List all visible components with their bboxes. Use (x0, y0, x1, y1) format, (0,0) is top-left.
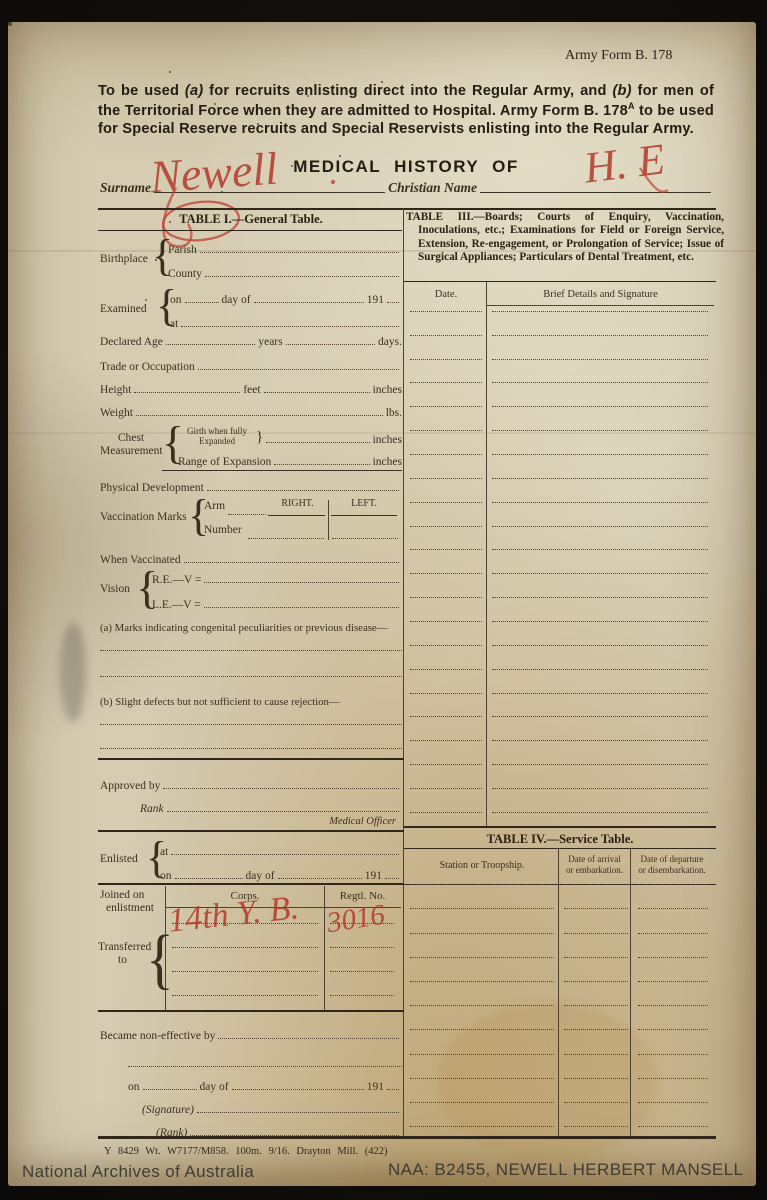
table3-date-cell (410, 573, 482, 574)
table4-row (406, 961, 714, 985)
table3-row (406, 744, 714, 768)
table3-details-cell (492, 526, 708, 527)
table3-header-rule (404, 281, 716, 282)
table3-date-cell (410, 454, 482, 455)
weight-row: Weight lbs. (100, 403, 402, 419)
christian-name-label: Christian Name (388, 180, 477, 196)
table4-station-cell (410, 884, 554, 885)
enlisted-place-field (171, 854, 399, 855)
table3-row (406, 673, 714, 697)
table3-row (406, 768, 714, 792)
range-label: Range of Expansion (178, 456, 271, 468)
regtl-column-header: Regtl. No. (324, 890, 401, 902)
marks-a-line1 (100, 650, 402, 651)
archive-watermark-left: National Archives of Australia (22, 1162, 254, 1182)
table3-details-cell (492, 597, 708, 598)
table4-station-cell (410, 1005, 554, 1006)
joined-on-label-1: Joined on (100, 889, 144, 901)
table4-arrival-cell (564, 1005, 628, 1006)
rank-paren-row: (Rank) (156, 1123, 402, 1139)
non-effective-label: Became non-effective by (100, 1030, 215, 1042)
table3-details-cell (492, 693, 708, 694)
table3-row (406, 577, 714, 601)
table3-date-cell (410, 716, 482, 717)
table4-row (406, 888, 714, 912)
right-underline (268, 515, 325, 516)
vaccination-label: Vaccination Marks (100, 511, 187, 523)
table4-row (406, 1106, 714, 1130)
examined-at-label: at (170, 318, 178, 330)
parish-field (200, 252, 399, 253)
table4-station-cell (410, 1126, 554, 1127)
table3-row (406, 291, 714, 315)
table3-date-cell (410, 669, 482, 670)
table3-row (406, 506, 714, 530)
table4-arrival-cell (564, 957, 628, 958)
table4-row (406, 985, 714, 1009)
table4-departure-cell (638, 1126, 708, 1127)
enlisted-month-field (278, 878, 362, 879)
approved-section-rule (98, 758, 404, 760)
table3-row (406, 553, 714, 577)
transferred-label-1: Transferred (98, 941, 151, 953)
height-row: Height feet inches (100, 380, 402, 396)
table3-row (406, 601, 714, 625)
table3-row (406, 720, 714, 744)
left-eye-label: L.E.—V = (152, 599, 201, 611)
table3-details-cell (492, 645, 708, 646)
approved-by-field (163, 788, 399, 789)
table4-station-cell (410, 1078, 554, 1079)
right-eye-label: R.E.—V = (152, 574, 201, 586)
ne-day-field (143, 1089, 197, 1090)
range-field (274, 464, 369, 465)
table4-departure-cell (638, 957, 708, 958)
table3-date-cell (410, 549, 482, 550)
table4-arrival-cell (564, 1126, 628, 1127)
pinhole-marks (8, 22, 12, 26)
table3-date-cell (410, 406, 482, 407)
table4-row (406, 1082, 714, 1106)
form-number: Army Form B. 178 (565, 48, 672, 64)
table3-row (406, 697, 714, 721)
table3-details-cell (492, 382, 708, 383)
column-divider (403, 208, 404, 1138)
rank-field (167, 811, 399, 812)
table4-station-cell (410, 981, 554, 982)
declared-age-row: Declared Age years days. (100, 332, 402, 348)
print-imprint: Y 8429 Wt. W7177/M858. 100m. 9/16. Drayt… (104, 1146, 388, 1157)
table4-arrival-cell (564, 1078, 628, 1079)
table4-departure-cell (638, 1054, 708, 1055)
table4-row (406, 1033, 714, 1057)
table3-details-cell (492, 621, 708, 622)
girth-inches-label: inches (373, 434, 402, 446)
table4-departure-cell (638, 884, 708, 885)
table3-details-cell (492, 549, 708, 550)
table4-station-cell (410, 1102, 554, 1103)
ne-year-label: 191 (367, 1081, 384, 1093)
table4-arrival-cell (564, 884, 628, 885)
table3-row (406, 410, 714, 434)
table4-station-cell (410, 1054, 554, 1055)
table3-details-cell (492, 502, 708, 503)
table3-details-cell (492, 430, 708, 431)
height-inches-label: inches (373, 384, 402, 396)
handwritten-surname: Newell (148, 142, 279, 204)
trade-row: Trade or Occupation (100, 357, 402, 373)
archive-watermark-right: NAA: B2455, NEWELL HERBERT MANSELL (388, 1160, 743, 1180)
examined-label: Examined (100, 303, 147, 315)
table3-details-cell (492, 311, 708, 312)
joined-on-label-2: enlistment (106, 902, 154, 914)
examined-month-field (254, 302, 364, 303)
enlisted-section-rule (98, 830, 404, 832)
table4-departure-cell (638, 1005, 708, 1006)
table4-departure-cell (638, 908, 708, 909)
table3-date-cell (410, 645, 482, 646)
examined-dayof-label: day of (222, 294, 251, 306)
years-label: years (258, 336, 282, 348)
examined-on-label: on (170, 294, 182, 306)
medical-officer-label: Medical Officer (100, 816, 396, 827)
defects-b-label: (b) Slight defects but not sufficient to… (100, 696, 340, 708)
enlisted-group: Enlisted { at on day of 191 (100, 840, 402, 884)
table4-station-cell (410, 957, 554, 958)
approved-by-label: Approved by (100, 780, 160, 792)
enlisted-year-field (385, 878, 399, 879)
chest-label: ChestMeasurement (100, 432, 162, 458)
table3-details-cell (492, 454, 708, 455)
table1-title-rule (98, 230, 402, 231)
table4-arrival-cell (564, 1054, 628, 1055)
left-column-label: LEFT. (333, 498, 395, 509)
table3-date-cell (410, 693, 482, 694)
table3-details-cell (492, 716, 708, 717)
table3-row (406, 625, 714, 649)
rank-label: Rank (140, 803, 164, 815)
transferred-label-2: to (118, 954, 127, 966)
right-column-label: RIGHT. (270, 498, 325, 509)
table4-arrival-cell (564, 933, 628, 934)
table3-date-cell (410, 788, 482, 789)
birthplace-label: Birthplace (100, 253, 148, 265)
table3-details-cell (492, 406, 708, 407)
corps-row-field (172, 971, 318, 972)
arm-field (228, 514, 266, 515)
table3-details-cell (492, 764, 708, 765)
table3-details-cell (492, 740, 708, 741)
rank-row: Rank (140, 799, 402, 815)
table3-details-cell (492, 812, 708, 813)
table4-departure-cell (638, 981, 708, 982)
rank-paren-field (190, 1135, 399, 1136)
non-effective-field (218, 1038, 399, 1039)
right-left-divider (328, 500, 329, 540)
chest-label-1: Chest (118, 432, 144, 444)
girth-label: Girth when fullyExpanded (178, 427, 256, 446)
usage-instructions: To be used (a) for recruits enlisting di… (98, 82, 714, 138)
table4-departure-cell (638, 1102, 708, 1103)
enlisted-year-label: 191 (365, 870, 382, 882)
weight-field (136, 415, 383, 416)
non-effective-date-row: on day of 191 (128, 1077, 402, 1093)
table3-rows (406, 291, 714, 816)
table3-date-cell (410, 812, 482, 813)
corps-section-rule (98, 883, 404, 885)
ne-month-field (232, 1089, 364, 1090)
when-vaccinated-field (184, 562, 399, 563)
signature-row: (Signature) (142, 1100, 402, 1116)
table3-date-cell (410, 382, 482, 383)
table3-date-cell (410, 621, 482, 622)
table4-departure-cell (638, 1078, 708, 1079)
vision-label: Vision (100, 583, 130, 595)
weight-label: Weight (100, 407, 133, 419)
number-label: Number (204, 524, 242, 536)
defects-b-line1 (100, 724, 402, 725)
intro-text: for recruits enlisting direct into the R… (203, 83, 612, 99)
corps-regtl-divider (324, 886, 325, 1010)
handwritten-initials: H. E (581, 133, 667, 193)
table4-row (406, 1009, 714, 1033)
table3-details-cell (492, 788, 708, 789)
examined-day-field (185, 302, 219, 303)
table4-arrival-cell (564, 1102, 628, 1103)
defects-b-line2 (100, 748, 402, 749)
table4-row (406, 864, 714, 888)
physical-row: Physical Development (100, 478, 402, 494)
table3-details-cell (492, 669, 708, 670)
table4-station-cell (410, 1029, 554, 1030)
table3-row (406, 339, 714, 363)
vaccination-group: Vaccination Marks { Arm RIGHT. LEFT. Num… (100, 496, 402, 544)
age-days-field (286, 344, 375, 345)
ne-on-label: on (128, 1081, 140, 1093)
table3-details-cell (492, 573, 708, 574)
table4-arrival-cell (564, 908, 628, 909)
trade-label: Trade or Occupation (100, 361, 195, 373)
intro-text: To be used (98, 83, 185, 99)
number-left-field (332, 538, 398, 539)
surname-label: Surname (100, 180, 151, 196)
table3-row (406, 792, 714, 816)
ne-dayof-label: day of (200, 1081, 229, 1093)
table3-date-cell (410, 526, 482, 527)
table3-date-cell (410, 359, 482, 360)
table4-title: TABLE IV.—Service Table. (406, 832, 714, 847)
corps-row-field (172, 947, 318, 948)
table3-details-cell (492, 359, 708, 360)
girth-field (266, 442, 369, 443)
height-feet-field (134, 392, 240, 393)
left-underline (331, 515, 397, 516)
signature-field (197, 1112, 399, 1113)
physical-field (207, 490, 399, 491)
intro-sup-a: A (628, 101, 635, 111)
vision-group: Vision { R.E.—V = L.E.—V = (100, 568, 402, 616)
table4-station-cell (410, 908, 554, 909)
table3-date-cell (410, 430, 482, 431)
table4-departure-cell (638, 933, 708, 934)
table4-title-rule (404, 848, 716, 849)
table3-row (406, 434, 714, 458)
table3-row (406, 482, 714, 506)
girth-label-2: Expanded (199, 436, 235, 446)
rank-paren-label: (Rank) (156, 1127, 187, 1139)
intro-a: (a) (185, 83, 203, 99)
trade-field (198, 369, 399, 370)
table3-date-cell (410, 740, 482, 741)
regtl-row-field (330, 947, 394, 948)
table3-row (406, 386, 714, 410)
table3-title: TABLE III.—Boards; Courts of Enquiry, Va… (406, 211, 724, 265)
table3-date-cell (410, 764, 482, 765)
height-inches-field (264, 392, 370, 393)
intro-b: (b) (612, 83, 631, 99)
chest-label-2: Measurement (100, 445, 163, 457)
non-effective-line2 (128, 1066, 402, 1067)
table3-date-cell (410, 597, 482, 598)
examined-year-label: 191 (367, 294, 384, 306)
county-field (205, 276, 399, 277)
table4-arrival-cell (564, 1029, 628, 1030)
lbs-label: lbs. (386, 407, 402, 419)
table4-departure-cell (638, 1029, 708, 1030)
table3-details-cell (492, 478, 708, 479)
county-label: County (168, 268, 202, 280)
depart-line1: Date of departure (641, 854, 704, 864)
parish-label: Parish (168, 244, 197, 256)
table3-row (406, 530, 714, 554)
feet-label: feet (243, 384, 260, 396)
ne-year-field (387, 1089, 399, 1090)
table4-arrival-cell (564, 981, 628, 982)
table3-date-cell (410, 478, 482, 479)
table4-station-cell (410, 933, 554, 934)
non-effective-row: Became non-effective by (100, 1026, 402, 1042)
table3-row (406, 649, 714, 673)
table3-date-cell (410, 311, 482, 312)
examined-group: Examined { on day of 191 at (100, 288, 402, 334)
enlisted-label: Enlisted (100, 853, 138, 865)
table4-top-rule (404, 826, 716, 828)
approved-row: Approved by (100, 776, 402, 792)
enlisted-dayof-label: day of (246, 870, 275, 882)
table1-title: TABLE I.—General Table. (100, 212, 402, 227)
age-years-field (166, 344, 255, 345)
archive-photo-background: Army Form B. 178 To be used (a) for recr… (0, 0, 767, 1200)
girth-close-brace: } (256, 429, 263, 446)
table4-row (406, 912, 714, 936)
table3-row (406, 315, 714, 339)
enlisted-day-field (175, 878, 243, 879)
chest-underline (162, 470, 402, 471)
enlisted-on-label: on (160, 870, 172, 882)
table4-rows (406, 864, 714, 1130)
examined-year-field (387, 302, 399, 303)
table3-row (406, 363, 714, 387)
girth-label-1: Girth when fully (187, 426, 247, 436)
number-right-field (248, 538, 324, 539)
declared-age-label: Declared Age (100, 336, 163, 348)
chest-group: ChestMeasurement { Girth when fullyExpan… (100, 424, 402, 474)
range-inches-label: inches (373, 456, 402, 468)
enlisted-at-label: at (160, 846, 168, 858)
left-eye-field (204, 607, 399, 608)
marks-a-label: (a) Marks indicating congenital peculiar… (100, 622, 388, 634)
right-eye-field (204, 582, 399, 583)
table3-details-cell (492, 335, 708, 336)
table3-date-cell (410, 502, 482, 503)
marks-a-line2 (100, 676, 402, 677)
signature-label: (Signature) (142, 1104, 194, 1116)
arrival-line1: Date of arrival (568, 854, 620, 864)
table3-date-cell (410, 335, 482, 336)
table4-row (406, 1058, 714, 1082)
birthplace-group: Birthplace { Parish County (100, 238, 402, 284)
smudge-stain (60, 622, 86, 722)
examined-place-field (181, 326, 399, 327)
regtl-row-field (330, 971, 394, 972)
days-label: days. (378, 336, 402, 348)
table3-row (406, 458, 714, 482)
height-label: Height (100, 384, 131, 396)
regtl-row-field (330, 995, 394, 996)
corps-table-bottom-rule (98, 1010, 404, 1012)
corps-row-field (172, 995, 318, 996)
arm-label: Arm (204, 500, 225, 512)
table4-row (406, 937, 714, 961)
